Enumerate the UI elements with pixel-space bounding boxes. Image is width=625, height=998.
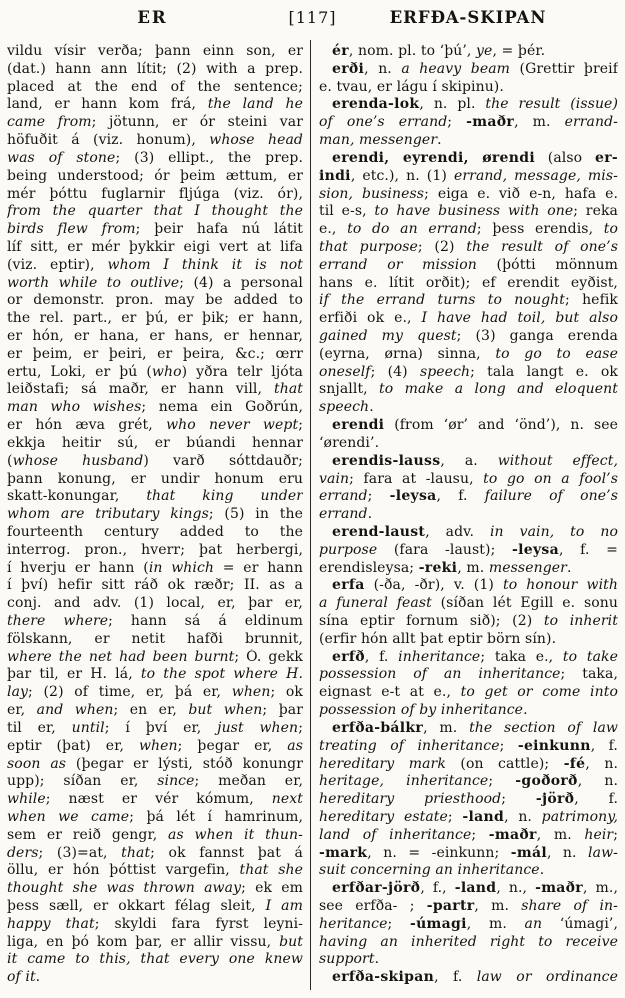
text-line: eptir (þat) er, when; þegar er, as [7, 738, 303, 756]
citation-text: skatt-konungar, [7, 488, 146, 504]
headword: erend-laust [332, 524, 425, 540]
translation-text: since [157, 773, 194, 789]
translation-text: errand- [565, 114, 618, 130]
citation-text: (síðan lét Egill e. sonu [432, 595, 618, 611]
text-line: erfða-skipan, f. law or ordinance [319, 969, 618, 987]
translation-text: to make a long and eloquent [379, 381, 618, 397]
citation-text: upp); síðan er, [7, 773, 157, 789]
translation-text: the section of law [469, 720, 618, 736]
translation-text: from the quarter that I thought the [7, 203, 303, 219]
citation-text: , f. [437, 488, 485, 504]
translation-text: next [272, 791, 303, 807]
citation-text: ‘úmagi’, [542, 916, 618, 932]
text-line: -mark, n. = -einkunn; -mál, n. law- [319, 845, 618, 863]
citation-text: er, [7, 702, 37, 718]
citation-text: (-ða, -ðr), v. (1) [365, 577, 503, 593]
citation-text: þar til, er H. lá, [7, 666, 141, 682]
translation-text: errand, message, mis- [454, 168, 618, 184]
citation-text: . [567, 560, 572, 576]
text-line: possession of an inheritance; taka, [319, 666, 618, 684]
text-line: fölskann, er netit hafði brunnit, [7, 631, 303, 649]
citation-text: ; (2) of time, er, þá er, [28, 684, 232, 700]
right-column: ér, nom. pl. to ‘þú’, ye, = þér.erði, n.… [319, 43, 618, 987]
translation-text: whom are tributary kings [7, 506, 209, 522]
text-line: a funeral feast (síðan lét Egill e. sonu [319, 595, 618, 613]
translation-text: to [604, 221, 618, 237]
headword: erfðar-jörð [332, 880, 420, 896]
translation-text: heir [584, 827, 613, 843]
headword: -land [462, 809, 504, 825]
citation-text: höfuðit á (viz. honum), [7, 132, 209, 148]
citation-text: sem er reið gengr, [7, 827, 168, 843]
headword: -partr [427, 898, 475, 914]
text-line: treating of inheritance; -einkunn, f. [319, 738, 618, 756]
translation-text: worth while to outlive [7, 275, 179, 291]
citation-text: , n. [364, 61, 401, 77]
text-line: fourteenth century added to the [7, 524, 303, 542]
translation-text: without effect, [498, 453, 618, 469]
translation-text: man who wishes [7, 399, 141, 415]
citation-text: vildu vísir verða; þann einn son, er [7, 43, 303, 59]
citation-text: til er, [7, 720, 72, 736]
citation-text: líf sitt, er mér þykkir eigi vert at lif… [7, 239, 303, 255]
citation-text: ; ok [270, 684, 303, 700]
translation-text: the result (issue) [485, 96, 618, 112]
citation-text: þess sæll, er okkart félag sleit, [7, 898, 266, 914]
citation-text: ; hann sá á eldinum [108, 613, 303, 629]
translation-text: land of inheritance [319, 827, 471, 843]
citation-text: ; þegar er, [178, 738, 288, 754]
citation-text: sína eptir fornum sið); (2) [319, 613, 544, 629]
citation-text: , f. [591, 738, 618, 754]
translation-text: heritance [319, 916, 388, 932]
citation-text: e. tvau, er lágu í skipinu). [319, 79, 504, 95]
citation-text: ; reka [573, 203, 618, 219]
headword: erði [332, 61, 364, 77]
citation-text: , n. [504, 809, 542, 825]
citation-text: ; [448, 809, 463, 825]
citation-text: ; ok fannst þat á [150, 845, 303, 861]
citation-text: , n., [496, 880, 535, 896]
citation-text: ; (3) ganga erenda [457, 328, 618, 344]
text-line: e. tvau, er lágu í skipinu). [319, 79, 618, 97]
translation-text: errand [319, 488, 368, 504]
left-column: vildu vísir verða; þann einn son, er(dat… [7, 43, 303, 987]
translation-text: hereditary mark [319, 756, 446, 772]
translation-text: and when [37, 702, 114, 718]
citation-text: e., [319, 221, 347, 237]
headword: erfða-bálkr [332, 720, 423, 736]
translation-text: thought she was thrown away [7, 880, 241, 896]
citation-text: mér þóttu fuglarnir fljúga (viz. ór), [7, 186, 303, 202]
text-line: erfiði ok e., I have had toil, but also [319, 310, 618, 328]
text-line: erendi (from ‘ør’ and ‘önd’), n. see [319, 417, 618, 435]
text-line: hereditary mark (on cattle); -fé, n. [319, 756, 618, 774]
text-line: leiðstafi; sá maðr, er hann vill, that [7, 381, 303, 399]
text-line: erendi, eyrendi, ørendi (also er- [319, 150, 618, 168]
text-line: vain; fara at -lausu, to go on a fool’s [319, 471, 618, 489]
citation-text: ; [368, 488, 390, 504]
text-line: mér þóttu fuglarnir fljúga (viz. ór), [7, 186, 303, 204]
citation-text: fölskann, er netit hafði brunnit, [7, 631, 303, 647]
text-line: soon as (þegar er lýsti, stóð konungr [7, 756, 303, 774]
citation-text: ; [298, 720, 303, 736]
translation-text: but when [188, 702, 262, 718]
translation-text: there where [7, 613, 108, 629]
citation-text: ; [388, 916, 410, 932]
text-line: was of stone; (3) ellipt., the prep. [7, 150, 303, 168]
translation-text: an [525, 916, 543, 932]
citation-text: conj. and adv. (1) local, er, þar er, [7, 595, 303, 611]
text-line: the rel. part., er þú, er þik; er hann, [7, 310, 303, 328]
text-line: of it. [7, 969, 303, 987]
citation-text: ; Ó. gekk [234, 649, 303, 665]
text-line: er, and when; en er, but when; þar [7, 702, 303, 720]
translation-text: having an inherited right to receive [319, 934, 618, 950]
citation-text: , = þér. [492, 43, 545, 59]
citation-text: erfiði ok e., [319, 310, 422, 326]
text-line: erfða-bálkr, m. the section of law [319, 720, 618, 738]
citation-text: (þótti mönnum [477, 257, 618, 273]
translation-text: whose husband [13, 453, 144, 469]
headword: erfða-skipan [332, 969, 434, 985]
text-line: vildu vísir verða; þann einn son, er [7, 43, 303, 61]
text-line: snjallt, to make a long and eloquent [319, 381, 618, 399]
citation-text: (on cattle); [446, 756, 564, 772]
dictionary-page: ER [117] ERFÐA-SKIPAN vildu vísir verða;… [0, 0, 625, 998]
text-line: eignast e-t at e., to get or come into [319, 684, 618, 702]
text-line: til er, until; í því er, just when; [7, 720, 303, 738]
translation-text: as [287, 738, 303, 754]
citation-text: , m. [514, 114, 565, 130]
headword: -jörð [536, 791, 574, 807]
citation-text: liga, en þó kom þar, er allir vissu, [7, 934, 279, 950]
text-line: came from; jötunn, er ór steini var [7, 114, 303, 132]
translation-text: that king under [146, 488, 303, 504]
text-line: til e-s, to have business with one; reka [319, 203, 618, 221]
citation-text: ; ek em [241, 880, 303, 896]
citation-text: . [540, 862, 545, 878]
headword: erendis-lauss [332, 453, 440, 469]
headword: -leysa [390, 488, 437, 504]
translation-text: if the errand turns to nought [319, 292, 565, 308]
translation-text: to go on a fool’s [483, 471, 618, 487]
citation-text: , m. [467, 916, 525, 932]
text-line: hereditary estate; -land, n. patrimony, [319, 809, 618, 827]
translation-text: heritage, inheritance [319, 773, 488, 789]
text-line: there where; hann sá á eldinum [7, 613, 303, 631]
translation-text: while [7, 791, 46, 807]
citation-text: ; [500, 738, 518, 754]
text-line: þann konung, er undir honum eru [7, 471, 303, 489]
citation-text: see erfða- ; [319, 898, 427, 914]
citation-text: being understood; ór þeim ættum, er [7, 168, 303, 184]
translation-text: to go to ease [495, 346, 618, 362]
text-line: liga, en þó kom þar, er allir vissu, but [7, 934, 303, 952]
citation-text: ; hefik [565, 292, 618, 308]
citation-text: ; (2) [418, 239, 466, 255]
translation-text: to have business with one [374, 203, 573, 219]
text-line: when we came; þá lét í hamrinum, [7, 809, 303, 827]
citation-text: er hón, er hana, er hans, er hennar, [7, 328, 303, 344]
citation-text: ; [298, 417, 303, 433]
citation-text: , f. [434, 969, 477, 985]
citation-text: , m. [423, 720, 469, 736]
citation-text: ; [471, 827, 488, 843]
headword: er- [595, 150, 618, 166]
citation-text: ; (4) [371, 364, 420, 380]
citation-text: ; nema ein Goðrún, [141, 399, 303, 415]
text-line: where the net had been burnt; Ó. gekk [7, 649, 303, 667]
citation-text: , n. [578, 773, 618, 789]
text-line: while; næst er vér kómum, next [7, 791, 303, 809]
citation-text: ; fara at -lausu, [349, 471, 483, 487]
headword: -maðr [466, 114, 514, 130]
translation-text: in vain, to no [490, 524, 618, 540]
translation-text: ders [7, 845, 39, 861]
text-line: höfuðit á (viz. honum), whose head [7, 132, 303, 150]
page-header: ER [117] ERFÐA-SKIPAN [0, 8, 625, 32]
citation-text: , f. [574, 791, 618, 807]
text-line: upp); síðan er, since; meðan er, [7, 773, 303, 791]
text-line: ‘ørendi’. [319, 435, 618, 453]
citation-text: eptir (þat) er, [7, 738, 139, 754]
text-line: oneself; (4) speech; tala langt e. ok [319, 364, 618, 382]
citation-text: í því) hefir sitt ráð ok ræðr; II. as a [7, 577, 303, 593]
headword: erendi [332, 417, 384, 433]
text-line: erenda-lok, n. pl. the result (issue) [319, 96, 618, 114]
translation-text: to get or come into [461, 684, 618, 700]
text-line: í því) hefir sitt ráð ok ræðr; II. as a [7, 577, 303, 595]
citation-text: ; þá lét í hamrinum, [129, 809, 303, 825]
text-line: (whose husband) varð sóttdauðr; [7, 453, 303, 471]
translation-text: that [121, 845, 150, 861]
text-line: ekkja heitir sú, er búandi hennar [7, 435, 303, 453]
headword: -land [455, 880, 497, 896]
translation-text: but [279, 934, 303, 950]
text-line: conj. and adv. (1) local, er, þar er, [7, 595, 303, 613]
citation-text: the rel. part., er þú, er þik; er hann, [7, 310, 303, 326]
translation-text: when we came [7, 809, 129, 825]
text-line: suit concerning an inheritance. [319, 862, 618, 880]
translation-text: patrimony, [542, 809, 618, 825]
citation-text: . [369, 399, 374, 415]
text-line: birds flew from; þeir hafa nú látit [7, 221, 303, 239]
citation-text: ekkja heitir sú, er búandi hennar [7, 435, 303, 451]
citation-text: , f. [365, 649, 398, 665]
translation-text: until [72, 720, 105, 736]
citation-text: (also [535, 150, 595, 166]
citation-text: ; [613, 827, 618, 843]
text-line: (viz. eptir), whom I think it is not [7, 257, 303, 275]
citation-text: . [368, 506, 373, 522]
translation-text: that [274, 381, 303, 397]
citation-text: leiðstafi; sá maðr, er hann vill, [7, 381, 274, 397]
citation-text: , f. = [559, 542, 618, 558]
text-line: sína eptir fornum sið); (2) to inherit [319, 613, 618, 631]
citation-text: (dat.) hann ann lítit; (2) with a prep. [7, 61, 303, 77]
translation-text: speech [420, 364, 470, 380]
citation-text: er hón æva grét, [7, 417, 166, 433]
translation-text: messenger [489, 560, 567, 576]
citation-text: (þegar er lýsti, stóð konungr [66, 756, 303, 772]
citation-text: ; [488, 773, 515, 789]
headword: -maðr [489, 827, 537, 843]
citation-text: , n. [585, 756, 618, 772]
text-line: see erfða- ; -partr, m. share of in- [319, 898, 618, 916]
text-line: if the errand turns to nought; hefik [319, 292, 618, 310]
citation-text: ) varð sóttdauðr; [143, 453, 303, 469]
citation-text: , m. [537, 827, 585, 843]
text-line: purpose (fara -laust); -leysa, f. = [319, 542, 618, 560]
translation-text: of it [7, 969, 36, 985]
headword: erfð [332, 649, 365, 665]
text-line: hans e. lítit orðit); ef erendit eyðist, [319, 275, 618, 293]
citation-text: ; jötunn, er ór steini var [92, 114, 303, 130]
text-line: ertu, Loki, er þú (who) yðra telr ljóta [7, 364, 303, 382]
citation-text: . [36, 969, 41, 985]
text-line: thought she was thrown away; ek em [7, 880, 303, 898]
translation-text: vain [319, 471, 349, 487]
text-line: þar til, er H. lá, to the spot where H. [7, 666, 303, 684]
translation-text: support [319, 951, 375, 967]
citation-text: ; tala langt e. ok [470, 364, 618, 380]
citation-text: ; taka e., [480, 649, 563, 665]
citation-text: ; næst er vér kómum, [46, 791, 272, 807]
citation-text: til e-s, [319, 203, 374, 219]
citation-text: snjallt, [319, 381, 379, 397]
citation-text: ; [447, 114, 466, 130]
translation-text: soon as [7, 756, 66, 772]
translation-text: to the spot where H. [141, 666, 303, 682]
translation-text: to do an errand [347, 221, 477, 237]
translation-text: happy that [7, 916, 95, 932]
translation-text: purpose [319, 542, 377, 558]
translation-text: possession of by inheritance [319, 702, 523, 718]
text-line: being understood; ór þeim ættum, er [7, 168, 303, 186]
citation-text: (Grettir þreif [510, 61, 618, 77]
translation-text: that she [240, 862, 303, 878]
text-line: man who wishes; nema ein Goðrún, [7, 399, 303, 417]
text-line: indi, etc.), n. (1) errand, message, mis… [319, 168, 618, 186]
headword: erenda-lok [332, 96, 419, 112]
text-line: öllu, er hón þóttist vargefin, that she [7, 862, 303, 880]
headword: -fé [564, 756, 586, 772]
translation-text: failure of one’s [485, 488, 618, 504]
citation-text: ; skyldi fara fyrst leyni- [95, 916, 303, 932]
citation-text: ; [501, 791, 536, 807]
text-line: it came to this, that every one knew [7, 951, 303, 969]
translation-text: birds flew from [7, 221, 136, 237]
translation-text: whose head [209, 132, 303, 148]
column-divider [310, 40, 311, 990]
citation-text: ‘ørendi’. [319, 435, 379, 451]
citation-text: þann konung, er undir honum eru [7, 471, 303, 487]
translation-text: when [139, 738, 178, 754]
translation-text: hereditary estate [319, 809, 448, 825]
text-line: ér, nom. pl. to ‘þú’, ye, = þér. [319, 43, 618, 61]
citation-text: ; meðan er, [195, 773, 303, 789]
headword: -mál [511, 845, 547, 861]
citation-text: ertu, Loki, er þú ( [7, 364, 152, 380]
text-line: ders; (3)=at, that; ok fannst þat á [7, 845, 303, 863]
translation-text: errand or mission [319, 257, 477, 273]
citation-text: , adv. [425, 524, 490, 540]
citation-text: , etc.), n. (1) [351, 168, 454, 184]
text-line: errand or mission (þótti mönnum [319, 257, 618, 275]
text-line: líf sitt, er mér þykkir eigi vert at lif… [7, 239, 303, 257]
citation-text: (eyrna, ørna) sinna, [319, 346, 495, 362]
text-line: sion, business; eiga e. við e-n, hafa e. [319, 186, 618, 204]
text-line: (erfir hón allt þat eptir börn sín). [319, 631, 618, 649]
citation-text: ; þar [262, 702, 303, 718]
headword: ér [332, 43, 349, 59]
translation-text: man, messenger [319, 132, 437, 148]
translation-text: who never wept [166, 417, 298, 433]
text-line: having an inherited right to receive [319, 934, 618, 952]
text-line: land of inheritance; -maðr, m. heir; [319, 827, 618, 845]
citation-text: ; taka, [561, 666, 618, 682]
citation-text: ; í því er, [105, 720, 217, 736]
text-line: lay; (2) of time, er, þá er, when; ok [7, 684, 303, 702]
citation-text: í hverju er hann ( [7, 560, 149, 576]
translation-text: to inherit [544, 613, 618, 629]
text-line: er hón æva grét, who never wept; [7, 417, 303, 435]
citation-text: ; (3)=at, [39, 845, 122, 861]
citation-text: , m. [457, 560, 489, 576]
citation-text: (fara -laust); [377, 542, 512, 558]
text-line: worth while to outlive; (4) a personal [7, 275, 303, 293]
translation-text: possession of an inheritance [319, 666, 561, 682]
citation-text: er þeim, er þeiri, er þeira, &c.; œrr [7, 346, 303, 362]
citation-text: (viz. eptir), [7, 257, 107, 273]
headword: -goðorð [515, 773, 577, 789]
translation-text: of one’s errand [319, 114, 447, 130]
translation-text: treating of inheritance [319, 738, 500, 754]
headword: -mark [319, 845, 367, 861]
text-line: land, er hann kom frá, the land he [7, 96, 303, 114]
text-line: skatt-konungar, that king under [7, 488, 303, 506]
citation-text: ; (4) a personal [179, 275, 303, 291]
headword: -reki [419, 560, 458, 576]
translation-text: inheritance [398, 649, 480, 665]
translation-text: share of in- [521, 898, 618, 914]
translation-text: law- [588, 845, 618, 861]
citation-text: hans e. lítit orðit); ef erendit eyðist, [319, 275, 618, 291]
text-line: hereditary priesthood; -jörð, f. [319, 791, 618, 809]
text-line: er þeim, er þeiri, er þeira, &c.; œrr [7, 346, 303, 364]
translation-text: suit concerning an inheritance [319, 862, 540, 878]
translation-text: to take [563, 649, 618, 665]
translation-text: came from [7, 114, 92, 130]
text-line: possession of by inheritance. [319, 702, 618, 720]
text-line: erfa (-ða, -ðr), v. (1) to honour with [319, 577, 618, 595]
text-line: (dat.) hann ann lítit; (2) with a prep. [7, 61, 303, 79]
citation-text: , n. = -einkunn; [367, 845, 510, 861]
text-line: man, messenger. [319, 132, 618, 150]
text-line: heritage, inheritance; -goðorð, n. [319, 773, 618, 791]
text-line: erend-laust, adv. in vain, to no [319, 524, 618, 542]
headword: erendi, eyrendi, ørendi [332, 150, 535, 166]
citation-text: , f., [420, 880, 454, 896]
translation-text: the land he [208, 96, 303, 112]
headword: -úmagi [410, 916, 467, 932]
headword: -maðr [535, 880, 583, 896]
citation-text: öllu, er hón þóttist vargefin, [7, 862, 240, 878]
headword: -leysa [512, 542, 559, 558]
text-line: or demonstr. pron. may be added to [7, 292, 303, 310]
text-line: þess sæll, er okkart félag sleit, I am [7, 898, 303, 916]
